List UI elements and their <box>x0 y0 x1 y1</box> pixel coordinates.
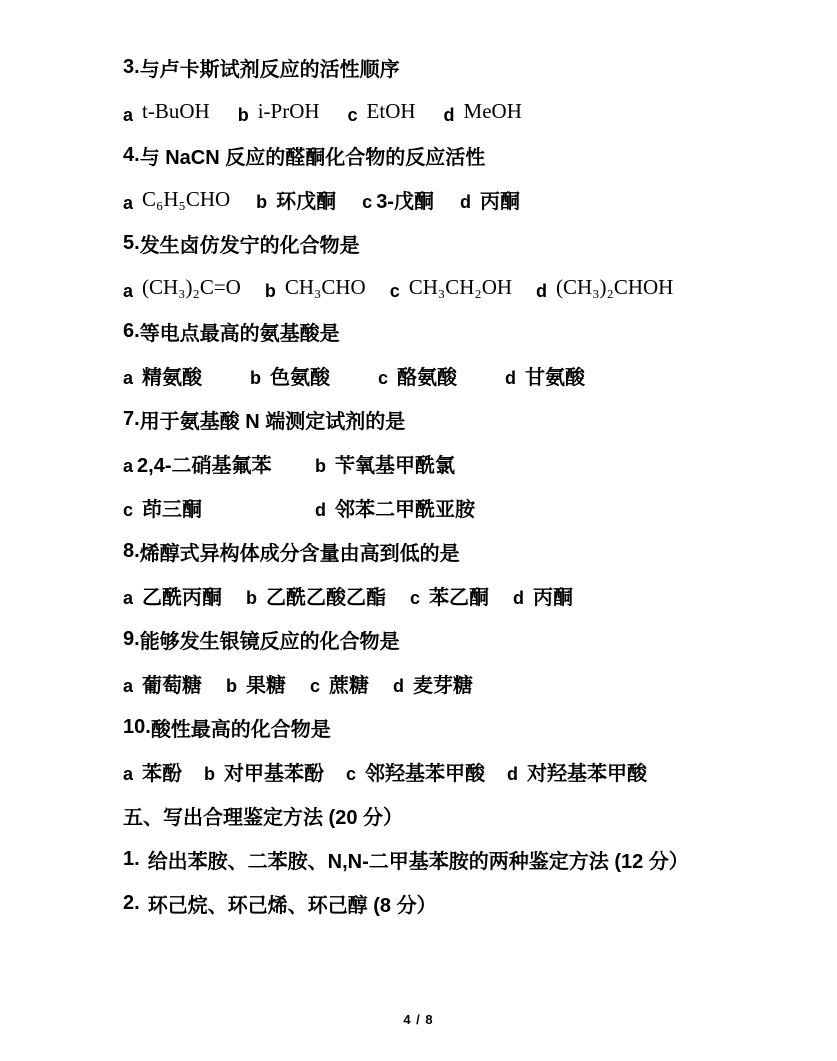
option-text: 麦芽糖 <box>413 669 473 698</box>
option: a2,4-二硝基氟苯 <box>123 449 315 478</box>
option-text: t-BuOH <box>142 99 210 124</box>
option: b果糖 <box>226 669 286 698</box>
options-row: c茚三酮 d邻苯二甲酰亚胺 <box>123 485 797 529</box>
option-text: 葡萄糖 <box>142 669 202 698</box>
question-heading: 4.与 NaCN 反应的醛酮化合物的反应活性 <box>123 133 797 177</box>
option: d麦芽糖 <box>393 669 473 698</box>
option-text: MeOH <box>464 99 522 124</box>
option: d丙酮 <box>460 185 520 214</box>
item-number: 1. <box>123 848 140 871</box>
option-letter: d <box>507 764 518 785</box>
option: bCH₃CHO <box>265 275 366 300</box>
option-letter: d <box>315 500 326 521</box>
option-letter: b <box>246 588 257 609</box>
option-letter: d <box>536 281 547 302</box>
option-text: 苯酚 <box>142 757 182 786</box>
option-letter: d <box>460 192 471 213</box>
option-letter: b <box>256 192 267 213</box>
question-number: 9. <box>123 628 140 651</box>
option-text: 苄氧基甲酰氯 <box>335 449 455 478</box>
question-number: 8. <box>123 540 140 563</box>
option: b对甲基苯酚 <box>204 757 324 786</box>
option-letter: c <box>310 676 320 697</box>
option-letter: b <box>204 764 215 785</box>
option: d丙酮 <box>513 581 573 610</box>
item-text: 环己烷、环己烯、环己醇 (8 分） <box>148 889 437 918</box>
option: a苯酚 <box>123 757 182 786</box>
option-text: 2,4-二硝基氟苯 <box>137 449 271 478</box>
option: at-BuOH <box>123 99 210 124</box>
section-heading: 五、写出合理鉴定方法 (20 分） <box>123 793 797 837</box>
option-letter: b <box>250 368 261 389</box>
option: cEtOH <box>348 99 416 124</box>
option-letter: b <box>226 676 237 697</box>
options-row: a葡萄糖 b果糖 c蔗糖 d麦芽糖 <box>123 661 797 705</box>
option-text: EtOH <box>367 99 416 124</box>
option-text: i-PrOH <box>258 99 320 124</box>
option-text: 苯乙酮 <box>429 581 489 610</box>
option-text: 果糖 <box>246 669 286 698</box>
option: a(CH₃)₂C=O <box>123 275 241 300</box>
option: c邻羟基苯甲酸 <box>346 757 485 786</box>
option-letter: c <box>390 281 400 302</box>
question-text: 与卢卡斯试剂反应的活性顺序 <box>140 53 400 82</box>
option: b乙酰乙酸乙酯 <box>246 581 386 610</box>
option-letter: d <box>505 368 516 389</box>
option: dMeOH <box>444 99 522 124</box>
exercise-item: 1.给出苯胺、二苯胺、N,N-二甲基苯胺的两种鉴定方法 (12 分） <box>123 837 797 881</box>
option-text: C₆H₅CHO <box>142 187 230 212</box>
option-text: 蔗糖 <box>329 669 369 698</box>
exam-document-page: 3.与卢卡斯试剂反应的活性顺序 at-BuOH bi-PrOH cEtOH dM… <box>0 0 837 1061</box>
option: c茚三酮 <box>123 493 315 522</box>
option-letter: a <box>123 456 133 477</box>
question-heading: 9.能够发生银镜反应的化合物是 <box>123 617 797 661</box>
option-text: 甘氨酸 <box>525 361 585 390</box>
option-letter: b <box>315 456 326 477</box>
question-text: 与 NaCN 反应的醛酮化合物的反应活性 <box>140 141 486 170</box>
option-text: (CH₃)₂CHOH <box>556 275 673 300</box>
option-letter: c <box>348 105 358 126</box>
option-text: 环戊酮 <box>276 185 336 214</box>
option-letter: d <box>393 676 404 697</box>
question-heading: 10.酸性最高的化合物是 <box>123 705 797 749</box>
option-letter: a <box>123 588 133 609</box>
options-row: a苯酚 b对甲基苯酚 c邻羟基苯甲酸 d对羟基苯甲酸 <box>123 749 797 793</box>
option: b苄氧基甲酰氯 <box>315 449 455 478</box>
option-letter: c <box>362 192 372 213</box>
option-text: 色氨酸 <box>270 361 330 390</box>
question-heading: 7.用于氨基酸 N 端测定试剂的是 <box>123 397 797 441</box>
item-number: 2. <box>123 892 140 915</box>
option: c酪氨酸 <box>378 361 457 390</box>
question-text: 用于氨基酸 N 端测定试剂的是 <box>140 405 406 434</box>
option: d对羟基苯甲酸 <box>507 757 647 786</box>
option-text: 丙酮 <box>480 185 520 214</box>
option: cCH₃CH₂OH <box>390 275 512 300</box>
option-text: 邻羟基苯甲酸 <box>365 757 485 786</box>
option: a精氨酸 <box>123 361 202 390</box>
question-text: 等电点最高的氨基酸是 <box>140 317 340 346</box>
option-text: 对羟基苯甲酸 <box>527 757 647 786</box>
question-number: 3. <box>123 56 140 79</box>
option-letter: b <box>265 281 276 302</box>
option: aC₆H₅CHO <box>123 187 230 212</box>
option-letter: d <box>513 588 524 609</box>
option: b环戊酮 <box>256 185 336 214</box>
option-letter: d <box>444 105 455 126</box>
option: a葡萄糖 <box>123 669 202 698</box>
question-heading: 8.烯醇式异构体成分含量由高到低的是 <box>123 529 797 573</box>
option: c苯乙酮 <box>410 581 489 610</box>
question-text: 烯醇式异构体成分含量由高到低的是 <box>140 537 460 566</box>
option-letter: a <box>123 368 133 389</box>
option-letter: a <box>123 281 133 302</box>
item-text: 给出苯胺、二苯胺、N,N-二甲基苯胺的两种鉴定方法 (12 分） <box>148 845 689 874</box>
option-text: 乙酰丙酮 <box>142 581 222 610</box>
question-text: 能够发生银镜反应的化合物是 <box>140 625 400 654</box>
option-text: 酪氨酸 <box>397 361 457 390</box>
page-number-footer: 4 / 8 <box>0 1012 837 1027</box>
option-text: 茚三酮 <box>142 493 202 522</box>
option-letter: a <box>123 764 133 785</box>
options-row: aC₆H₅CHO b环戊酮 c3-戊酮 d丙酮 <box>123 177 797 221</box>
option-text: 精氨酸 <box>142 361 202 390</box>
question-heading: 3.与卢卡斯试剂反应的活性顺序 <box>123 45 797 89</box>
options-row: a(CH₃)₂C=O bCH₃CHO cCH₃CH₂OH d(CH₃)₂CHOH <box>123 265 797 309</box>
option-letter: b <box>238 105 249 126</box>
question-number: 7. <box>123 408 140 431</box>
question-text: 酸性最高的化合物是 <box>151 713 331 742</box>
option: b色氨酸 <box>250 361 330 390</box>
question-number: 10. <box>123 716 151 739</box>
option-text: (CH₃)₂C=O <box>142 275 241 300</box>
page-content: 3.与卢卡斯试剂反应的活性顺序 at-BuOH bi-PrOH cEtOH dM… <box>123 45 797 925</box>
option-letter: c <box>123 500 133 521</box>
option-letter: c <box>378 368 388 389</box>
option: c蔗糖 <box>310 669 369 698</box>
question-number: 4. <box>123 144 140 167</box>
options-row: a乙酰丙酮 b乙酰乙酸乙酯 c苯乙酮 d丙酮 <box>123 573 797 617</box>
option-text: 邻苯二甲酰亚胺 <box>335 493 475 522</box>
option: d邻苯二甲酰亚胺 <box>315 493 475 522</box>
question-heading: 6.等电点最高的氨基酸是 <box>123 309 797 353</box>
options-row: at-BuOH bi-PrOH cEtOH dMeOH <box>123 89 797 133</box>
option-text: CH₃CH₂OH <box>409 275 512 300</box>
option: d甘氨酸 <box>505 361 585 390</box>
option-text: 对甲基苯酚 <box>224 757 324 786</box>
question-number: 5. <box>123 232 140 255</box>
question-heading: 5.发生卤仿发宁的化合物是 <box>123 221 797 265</box>
option-text: 3-戊酮 <box>376 185 434 214</box>
option-letter: a <box>123 105 133 126</box>
option-letter: a <box>123 676 133 697</box>
options-row: a2,4-二硝基氟苯 b苄氧基甲酰氯 <box>123 441 797 485</box>
option-text: 丙酮 <box>533 581 573 610</box>
option: bi-PrOH <box>238 99 320 124</box>
option-letter: c <box>410 588 420 609</box>
option: a乙酰丙酮 <box>123 581 222 610</box>
option-letter: c <box>346 764 356 785</box>
section-number: 五、 <box>123 801 163 830</box>
question-number: 6. <box>123 320 140 343</box>
section-title: 写出合理鉴定方法 (20 分） <box>163 801 403 830</box>
option-text: CH₃CHO <box>285 275 366 300</box>
question-text: 发生卤仿发宁的化合物是 <box>140 229 360 258</box>
option-text: 乙酰乙酸乙酯 <box>266 581 386 610</box>
options-row: a精氨酸 b色氨酸 c酪氨酸 d甘氨酸 <box>123 353 797 397</box>
option: c3-戊酮 <box>362 185 434 214</box>
option: d(CH₃)₂CHOH <box>536 275 673 300</box>
exercise-item: 2.环己烷、环己烯、环己醇 (8 分） <box>123 881 797 925</box>
option-letter: a <box>123 193 133 214</box>
